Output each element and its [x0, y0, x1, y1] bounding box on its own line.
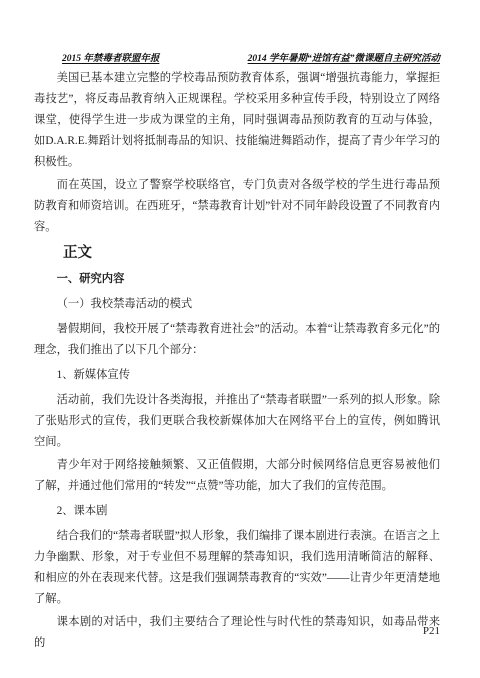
paragraph-summer-activity: 暑假期间，我校开展了“禁毒教育进社会”的活动。本着“让禁毒教育多元化”的理念，我… — [34, 319, 440, 361]
header-left-title: 2015 年禁毒者联盟年报 — [62, 50, 159, 64]
page-footer: P21 — [423, 625, 440, 637]
document-body: 美国已基本建立完整的学校毒品预防教育体系，强调“增强抗毒能力，掌握拒毒技艺”，将… — [34, 68, 440, 656]
paragraph-us-drug-education: 美国已基本建立完整的学校毒品预防教育体系，强调“增强抗毒能力，掌握拒毒技艺”，将… — [34, 68, 440, 173]
page-header: 2015 年禁毒者联盟年报 2014 学年暑期“进馆有益”微课题自主研究活动 — [34, 50, 440, 64]
heading-research-content: 一、研究内容 — [34, 269, 440, 290]
header-right-title: 2014 学年暑期“进馆有益”微课题自主研究活动 — [248, 50, 440, 64]
paragraph-drama-design: 结合我们的“禁毒者联盟”拟人形象，我们编排了课本剧进行表演。在语言之上力争幽默、… — [34, 526, 440, 610]
page-number: P21 — [423, 625, 440, 637]
paragraph-drama-dialogue: 课本剧的对话中，我们主要结合了理论性与时代性的禁毒知识，如毒品带来的 — [34, 612, 440, 654]
heading-new-media: 1、新媒体宣传 — [34, 365, 440, 386]
heading-school-model: （一）我校禁毒活动的模式 — [34, 294, 440, 315]
paragraph-youth-internet: 青少年对于网络接触频繁、又正值假期，大部分时候网络信息更容易被他们了解，并通过他… — [34, 455, 440, 497]
paragraph-posters-promo: 活动前，我们先设计各类海报，并推出了“禁毒者联盟”一系列的拟人形象。除了张贴形式… — [34, 390, 440, 453]
main-title: 正文 — [34, 243, 440, 263]
heading-textbook-drama: 2、课本剧 — [34, 501, 440, 522]
paragraph-uk-spain: 而在英国，设立了警察学校联络官，专门负责对各级学校的学生进行毒品预防教育和师资培… — [34, 175, 440, 238]
document-page: 2015 年禁毒者联盟年报 2014 学年暑期“进馆有益”微课题自主研究活动 美… — [0, 0, 480, 678]
